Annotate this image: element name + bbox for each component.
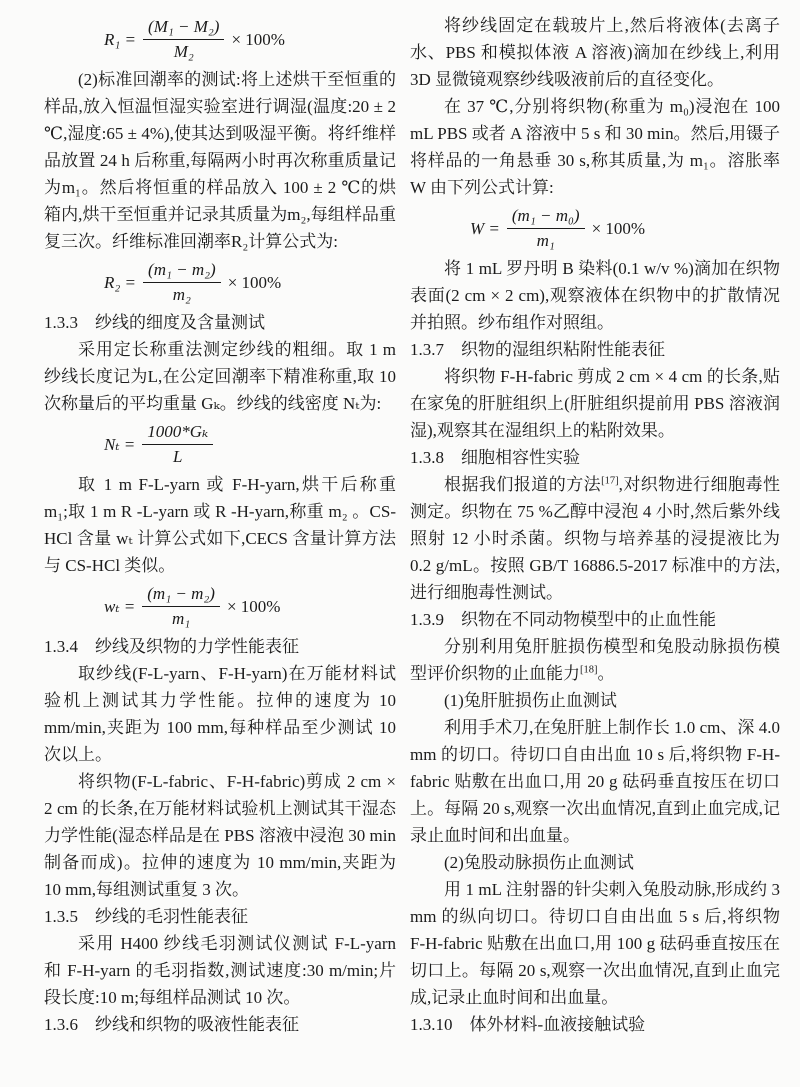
paragraph: 利用手术刀,在兔肝脏上制作长 1.0 cm、深 4.0 mm 的切口。待切口自由… bbox=[410, 714, 780, 849]
paragraph: 采用定长称重法测定纱线的粗细。取 1 m 纱线长度记为L,在公定回潮率下精准称重… bbox=[44, 336, 396, 417]
citation-ref: [18] bbox=[580, 664, 598, 675]
paragraph: 根据我们报道的方法[17],对织物进行细胞毒性测定。织物在 75 %乙醇中浸泡 … bbox=[410, 471, 780, 606]
paragraph-text: 。 bbox=[598, 664, 615, 683]
section-heading-1-3-8: 1.3.8 细胞相容性实验 bbox=[410, 444, 780, 471]
fraction-numerator: (m₁ − m₂) bbox=[142, 583, 220, 607]
equation-fraction: 1000*Gₖ L bbox=[142, 421, 213, 467]
equation-fraction: (M₁ − M₂) M₂ bbox=[143, 16, 224, 62]
fraction-denominator: L bbox=[173, 445, 182, 467]
equation-lhs: W = bbox=[470, 215, 500, 242]
fraction-denominator: m₁ bbox=[537, 229, 555, 251]
section-heading-1-3-4: 1.3.4 纱线及织物的力学性能表征 bbox=[44, 633, 396, 660]
section-heading-1-3-5: 1.3.5 纱线的毛羽性能表征 bbox=[44, 903, 396, 930]
equation-suffix: × 100% bbox=[231, 26, 285, 53]
equation-fraction: (m₁ − m₀) m₁ bbox=[507, 205, 585, 251]
equation-suffix: × 100% bbox=[228, 269, 282, 296]
equation-w: W = (m₁ − m₀) m₁ × 100% bbox=[470, 205, 780, 251]
section-heading-1-3-3: 1.3.3 纱线的细度及含量测试 bbox=[44, 309, 396, 336]
paragraph: 采用 H400 纱线毛羽测试仪测试 F-L-yarn 和 F-H-yarn 的毛… bbox=[44, 930, 396, 1011]
paragraph: 分别利用兔肝脏损伤模型和兔股动脉损伤模型评价织物的止血能力[18]。 bbox=[410, 633, 780, 687]
equation-lhs: Nₜ = bbox=[104, 431, 135, 458]
equation-r2: R₂ = (m₁ − m₂) m₂ × 100% bbox=[104, 259, 396, 305]
fraction-denominator: m₁ bbox=[172, 607, 190, 629]
equation-fraction: (m₁ − m₂) m₂ bbox=[143, 259, 221, 305]
equation-fraction: (m₁ − m₂) m₁ bbox=[142, 583, 220, 629]
equation-r1: R₁ = (M₁ − M₂) M₂ × 100% bbox=[104, 16, 396, 62]
paragraph: 取 1 m F-L-yarn 或 F-H-yarn,烘干后称重 m₁;取 1 m… bbox=[44, 471, 396, 579]
paragraph: 在 37 ℃,分别将织物(称重为 m₀)浸泡在 100 mL PBS 或者 A … bbox=[410, 93, 780, 201]
section-heading-1-3-6: 1.3.6 纱线和织物的吸液性能表征 bbox=[44, 1011, 396, 1038]
fraction-denominator: m₂ bbox=[173, 283, 191, 305]
fraction-numerator: 1000*Gₖ bbox=[142, 421, 213, 445]
fraction-numerator: (m₁ − m₀) bbox=[507, 205, 585, 229]
column-right: 将纱线固定在载玻片上,然后将液体(去离子水、PBS 和模拟体液 A 溶液)滴加在… bbox=[410, 12, 780, 1087]
paper-page: R₁ = (M₁ − M₂) M₂ × 100% (2)标准回潮率的测试:将上述… bbox=[0, 0, 800, 1087]
paragraph: 将纱线固定在载玻片上,然后将液体(去离子水、PBS 和模拟体液 A 溶液)滴加在… bbox=[410, 12, 780, 93]
equation-wt: wₜ = (m₁ − m₂) m₁ × 100% bbox=[104, 583, 396, 629]
paragraph: (1)兔肝脏损伤止血测试 bbox=[410, 687, 780, 714]
paragraph: 将 1 mL 罗丹明 B 染料(0.1 w/v %)滴加在织物表面(2 cm ×… bbox=[410, 255, 780, 336]
fraction-numerator: (m₁ − m₂) bbox=[143, 259, 221, 283]
equation-suffix: × 100% bbox=[227, 593, 281, 620]
equation-lhs: wₜ = bbox=[104, 593, 135, 620]
paragraph: 取纱线(F-L-yarn、F-H-yarn)在万能材料试验机上测试其力学性能。拉… bbox=[44, 660, 396, 768]
section-heading-1-3-9: 1.3.9 织物在不同动物模型中的止血性能 bbox=[410, 606, 780, 633]
paragraph: 用 1 mL 注射器的针尖刺入兔股动脉,形成约 3 mm 的纵向切口。待切口自由… bbox=[410, 876, 780, 1011]
section-heading-1-3-7: 1.3.7 织物的湿组织粘附性能表征 bbox=[410, 336, 780, 363]
paragraph: (2)标准回潮率的测试:将上述烘干至恒重的样品,放入恒温恒湿实验室进行调湿(温度… bbox=[44, 66, 396, 255]
equation-suffix: × 100% bbox=[592, 215, 646, 242]
paragraph: 将织物(F-L-fabric、F-H-fabric)剪成 2 cm × 2 cm… bbox=[44, 768, 396, 903]
paragraph-text: 分别利用兔肝脏损伤模型和兔股动脉损伤模型评价织物的止血能力 bbox=[410, 637, 780, 683]
citation-ref: [17] bbox=[601, 475, 619, 486]
paragraph: (2)兔股动脉损伤止血测试 bbox=[410, 849, 780, 876]
fraction-numerator: (M₁ − M₂) bbox=[143, 16, 224, 40]
fraction-denominator: M₂ bbox=[174, 40, 194, 62]
paragraph-text: ,对织物进行细胞毒性测定。织物在 75 %乙醇中浸泡 4 小时,然后紫外线照射 … bbox=[410, 475, 780, 602]
column-left: R₁ = (M₁ − M₂) M₂ × 100% (2)标准回潮率的测试:将上述… bbox=[44, 12, 396, 1087]
equation-lhs: R₂ = bbox=[104, 269, 136, 296]
paragraph: 将织物 F-H-fabric 剪成 2 cm × 4 cm 的长条,贴在家兔的肝… bbox=[410, 363, 780, 444]
equation-nt: Nₜ = 1000*Gₖ L bbox=[104, 421, 396, 467]
paragraph-text: 根据我们报道的方法 bbox=[444, 475, 601, 494]
section-heading-1-3-10: 1.3.10 体外材料-血液接触试验 bbox=[410, 1011, 780, 1038]
equation-lhs: R₁ = bbox=[104, 26, 136, 53]
